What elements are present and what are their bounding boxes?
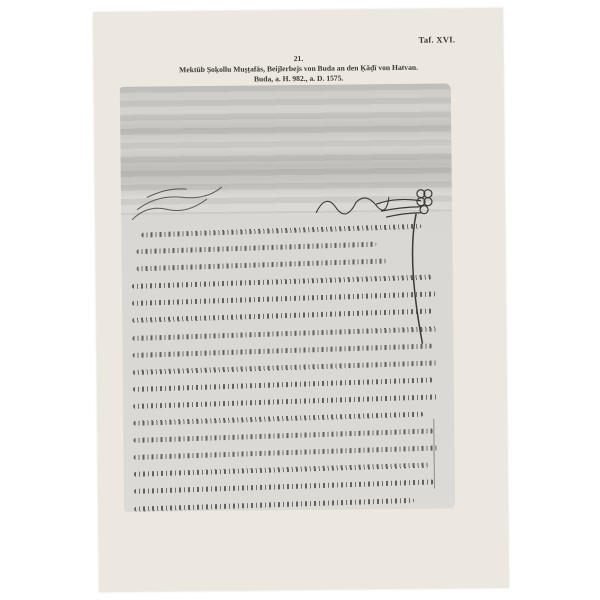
manuscript-facsimile (120, 83, 455, 511)
caption: 21. Mektūb Ṣoḳollu Muṣṭafās, Beijlerbejs… (93, 52, 503, 86)
book-plate-page: Taf. XVI. 21. Mektūb Ṣoḳollu Muṣṭafās, B… (93, 8, 509, 592)
letter-body-script (131, 222, 441, 494)
marginal-note-script (127, 179, 227, 225)
plate-number: Taf. XVI. (419, 34, 456, 44)
